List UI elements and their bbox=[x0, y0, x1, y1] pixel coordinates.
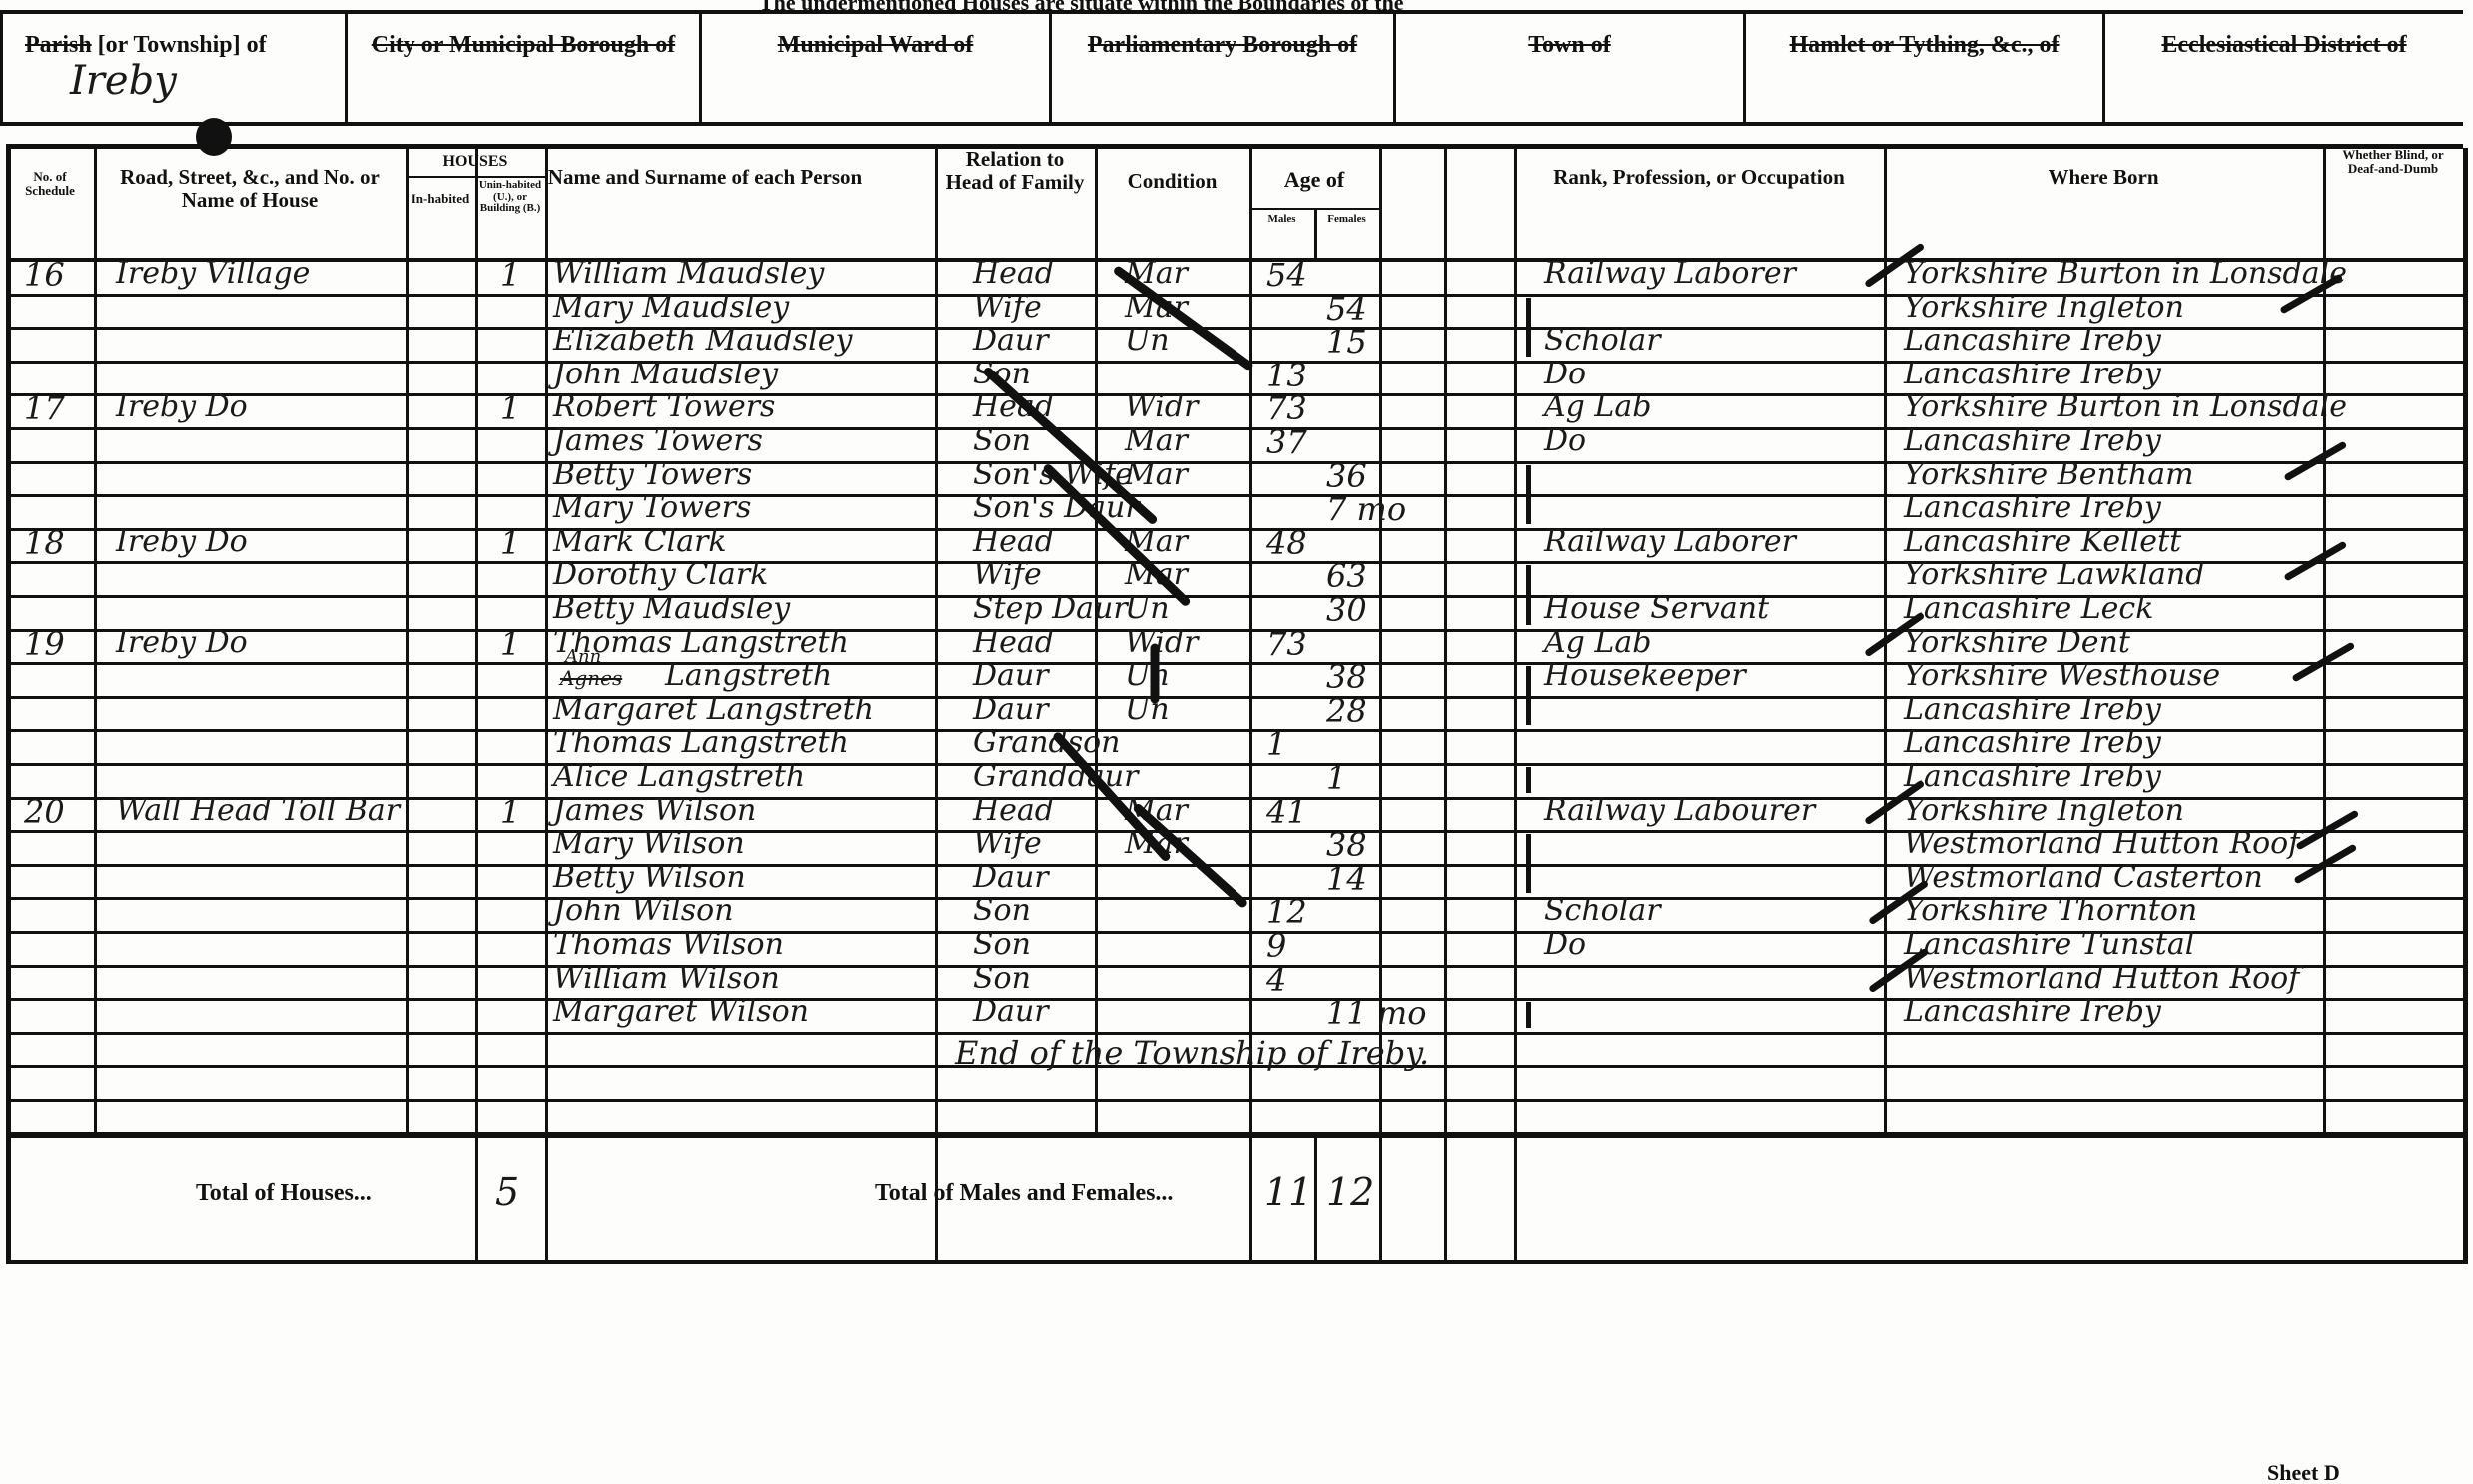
division-5: Town of bbox=[1393, 14, 1743, 122]
census-row: Mary WilsonWifeMar38Westmorland Hutton R… bbox=[6, 828, 2463, 862]
person-name: Betty Wilson bbox=[553, 860, 746, 895]
person-name: Mary Wilson bbox=[553, 826, 745, 861]
totals-rule bbox=[545, 1132, 548, 1264]
division-7: Ecclesiastical District of bbox=[2102, 14, 2463, 122]
birthplace: Lancashire Leck bbox=[1904, 591, 2153, 626]
occupation: Ag Lab bbox=[1544, 389, 1651, 424]
birthplace: Lancashire Ireby bbox=[1904, 490, 2161, 525]
birthplace: Westmorland Hutton Roof bbox=[1904, 826, 2299, 861]
occupation-brace bbox=[1526, 666, 1531, 725]
end-of-township-note: End of the Township of Ireby. bbox=[955, 1034, 1429, 1072]
birthplace: Lancashire Ireby bbox=[1904, 725, 2161, 760]
census-row: Thomas WilsonSon9DoLancashire Tunstal bbox=[6, 929, 2463, 963]
person-name: John Wilson bbox=[553, 893, 734, 928]
birthplace: Lancashire Ireby bbox=[1904, 994, 2161, 1029]
census-row: William WilsonSon4Westmorland Hutton Roo… bbox=[6, 963, 2463, 997]
census-sheet: The undermentioned Houses are situate wi… bbox=[0, 0, 2473, 1484]
schedule-number: 20 bbox=[24, 793, 65, 831]
totals-rule bbox=[1379, 1132, 1382, 1264]
totals-rule bbox=[1444, 1132, 1447, 1264]
birthplace: Yorkshire Dent bbox=[1904, 625, 2130, 660]
age-female: 36 bbox=[1326, 457, 1367, 495]
census-row: Thomas LangstrethGrandson1Lancashire Ire… bbox=[6, 727, 2463, 761]
relation-to-head: Daur bbox=[973, 323, 1049, 358]
birthplace: Lancashire Ireby bbox=[1904, 692, 2161, 727]
marital-condition: Un bbox=[1125, 692, 1170, 727]
schedule-number: 19 bbox=[24, 625, 65, 663]
person-name: Dorothy Clark bbox=[553, 557, 768, 592]
relation-to-head: Head bbox=[973, 256, 1054, 291]
struck-word: Parish bbox=[25, 32, 92, 58]
column-header-blind: Whether Blind, or Deaf-and-Dumb bbox=[2329, 148, 2457, 175]
census-row: 17Ireby Do1Robert TowersHeadWidr73Ag Lab… bbox=[6, 391, 2463, 425]
age-male: 13 bbox=[1266, 357, 1307, 394]
person-name: Thomas Langstreth bbox=[553, 725, 849, 760]
birthplace: Yorkshire Lawkland bbox=[1904, 557, 2204, 592]
census-row: AgnesAnnLangstrethDaurUn38HousekeeperYor… bbox=[6, 660, 2463, 694]
marital-condition: Widr bbox=[1125, 389, 1198, 424]
occupation: Railway Labourer bbox=[1544, 793, 1815, 828]
age-female: 63 bbox=[1326, 557, 1367, 595]
birthplace: Lancashire Ireby bbox=[1904, 323, 2161, 358]
schedule-number: 16 bbox=[24, 256, 65, 294]
column-header-schedule: No. of Schedule bbox=[12, 170, 88, 197]
occupation: Railway Laborer bbox=[1544, 256, 1796, 291]
person-name: James Towers bbox=[553, 423, 763, 458]
census-row: Dorothy ClarkWifeMar63Yorkshire Lawkland bbox=[6, 559, 2463, 593]
birthplace: Yorkshire Ingleton bbox=[1904, 290, 2184, 325]
person-name: Elizabeth Maudsley bbox=[553, 323, 852, 358]
parish-value: Ireby bbox=[70, 58, 177, 104]
person-name: Thomas Wilson bbox=[553, 927, 784, 962]
age-female: 7 mo bbox=[1326, 490, 1406, 528]
column-header-houses: HOUSES bbox=[406, 154, 545, 171]
census-row: Mary MaudsleyWifeMar54Yorkshire Ingleton bbox=[6, 292, 2463, 326]
occupation: House Servant bbox=[1544, 591, 1769, 626]
age-female: 14 bbox=[1326, 860, 1367, 898]
birthplace: Westmorland Hutton Roof bbox=[1904, 961, 2299, 996]
birthplace: Yorkshire Bentham bbox=[1904, 457, 2194, 492]
column-header-born: Where Born bbox=[1890, 166, 2317, 189]
relation-to-head: Son bbox=[973, 423, 1031, 458]
schedule-number: 17 bbox=[24, 389, 65, 427]
census-table: No. of ScheduleRoad, Street, &c., and No… bbox=[6, 148, 2463, 1402]
census-row: John MaudsleySon13DoLancashire Ireby bbox=[6, 359, 2463, 392]
division-header: Parish [or Township] ofCity or Municipal… bbox=[0, 10, 2463, 126]
totals-rule bbox=[1514, 1132, 1517, 1264]
relation-to-head: Son bbox=[973, 961, 1031, 996]
birthplace: Yorkshire Thornton bbox=[1904, 893, 2197, 928]
age-female: 38 bbox=[1326, 658, 1367, 696]
name-correction: Ann bbox=[565, 646, 601, 667]
census-row: 20Wall Head Toll Bar1James WilsonHeadMar… bbox=[6, 795, 2463, 829]
totals-rule bbox=[475, 1132, 478, 1264]
relation-to-head: Grandson bbox=[973, 725, 1121, 760]
column-header-males: Males bbox=[1249, 214, 1314, 226]
marital-condition: Un bbox=[1125, 323, 1170, 358]
age-female: 38 bbox=[1326, 826, 1367, 864]
person-name: John Maudsley bbox=[553, 357, 778, 391]
relation-to-head: Wife bbox=[973, 826, 1042, 861]
column-rule bbox=[2463, 148, 2468, 1264]
occupation-brace bbox=[1526, 298, 1531, 357]
census-row: Mary TowersSon's Daur7 moLancashire Ireb… bbox=[6, 492, 2463, 526]
age-male: 12 bbox=[1266, 893, 1307, 931]
age-female: 30 bbox=[1326, 591, 1367, 629]
person-name: James Wilson bbox=[553, 793, 756, 828]
house-address: Ireby Village bbox=[116, 256, 310, 291]
inhabited-count: 1 bbox=[500, 793, 520, 831]
birthplace: Lancashire Kellett bbox=[1904, 524, 2181, 559]
age-male: 9 bbox=[1266, 927, 1286, 965]
schedule-number: 18 bbox=[24, 524, 65, 562]
age-male: 4 bbox=[1266, 961, 1286, 999]
person-name: Margaret Wilson bbox=[553, 994, 809, 1029]
person-surname: Langstreth bbox=[665, 658, 832, 693]
column-header-relation: Relation to Head of Family bbox=[941, 148, 1089, 194]
relation-to-head: Son bbox=[973, 893, 1031, 928]
birthplace: Lancashire Ireby bbox=[1904, 759, 2161, 794]
column-header-occupation: Rank, Profession, or Occupation bbox=[1520, 166, 1878, 189]
census-row: 19Ireby Do1Thomas LangstrethHeadWidr73Ag… bbox=[6, 627, 2463, 661]
marital-condition: Mar bbox=[1125, 423, 1188, 458]
age-male: 54 bbox=[1266, 256, 1307, 294]
birthplace: Yorkshire Westhouse bbox=[1904, 658, 2220, 693]
person-name: Alice Langstreth bbox=[553, 759, 805, 794]
age-male: 1 bbox=[1266, 725, 1286, 763]
totals-rule bbox=[1249, 1132, 1252, 1264]
person-name: Betty Maudsley bbox=[553, 591, 790, 626]
age-male: 73 bbox=[1266, 625, 1307, 663]
relation-to-head: Daur bbox=[973, 860, 1049, 895]
table-top-rule bbox=[6, 144, 2463, 149]
marital-condition: Un bbox=[1125, 591, 1170, 626]
struck-name: Agnes bbox=[560, 666, 622, 690]
inhabited-count: 1 bbox=[500, 256, 520, 294]
relation-to-head: Head bbox=[973, 625, 1054, 660]
person-name: Mark Clark bbox=[553, 524, 727, 559]
birthplace: Westmorland Casterton bbox=[1904, 860, 2263, 895]
bottom-rule bbox=[6, 1260, 2463, 1264]
census-row: Margaret LangstrethDaurUn28Lancashire Ir… bbox=[6, 694, 2463, 728]
age-female: 28 bbox=[1326, 692, 1367, 730]
relation-to-head: Head bbox=[973, 793, 1054, 828]
occupation: Do bbox=[1544, 927, 1586, 962]
occupation: Ag Lab bbox=[1544, 625, 1651, 660]
marital-condition: Mar bbox=[1125, 457, 1188, 492]
occupation: Railway Laborer bbox=[1544, 524, 1796, 559]
total-females-value: 12 bbox=[1326, 1170, 1374, 1214]
person-name: Mary Towers bbox=[553, 490, 751, 525]
relation-to-head: Wife bbox=[973, 290, 1042, 325]
division-3: Municipal Ward of bbox=[699, 14, 1049, 122]
person-name: Robert Towers bbox=[553, 389, 775, 424]
relation-to-head: Daur bbox=[973, 692, 1049, 727]
age-female: 54 bbox=[1326, 290, 1367, 328]
relation-to-head: Step Daur bbox=[973, 591, 1128, 626]
division-6: Hamlet or Tything, &c., of bbox=[1743, 14, 2102, 122]
occupation: Do bbox=[1544, 423, 1586, 458]
birthplace: Lancashire Ireby bbox=[1904, 423, 2161, 458]
census-row: 16Ireby Village1William MaudsleyHeadMar5… bbox=[6, 258, 2463, 292]
birthplace: Yorkshire Burton in Lonsdale bbox=[1904, 389, 2347, 424]
division-4: Parliamentary Borough of bbox=[1049, 14, 1393, 122]
age-male: 37 bbox=[1266, 423, 1307, 461]
relation-to-head: Head bbox=[973, 524, 1054, 559]
birthplace: Lancashire Ireby bbox=[1904, 357, 2161, 391]
total-persons-label: Total of Males and Females... bbox=[875, 1180, 1173, 1207]
column-header-name: Name and Surname of each Person bbox=[481, 166, 929, 189]
age-male: 73 bbox=[1266, 389, 1307, 427]
occupation-brace bbox=[1526, 834, 1531, 893]
total-houses-value: 5 bbox=[495, 1170, 519, 1214]
inhabited-count: 1 bbox=[500, 524, 520, 562]
census-row: 18Ireby Do1Mark ClarkHeadMar48Railway La… bbox=[6, 526, 2463, 560]
age-male: 48 bbox=[1266, 524, 1307, 562]
birthplace: Yorkshire Burton in Lonsdale bbox=[1904, 256, 2347, 291]
house-address: Ireby Do bbox=[116, 389, 248, 424]
marital-condition: Un bbox=[1125, 658, 1170, 693]
occupation-brace bbox=[1526, 767, 1531, 793]
sheet-reference: Sheet D bbox=[2267, 1460, 2340, 1484]
census-row: Alice LangstrethGranddaur1Lancashire Ire… bbox=[6, 761, 2463, 795]
relation-to-head: Son's Daur bbox=[973, 490, 1140, 525]
inhabited-count: 1 bbox=[500, 389, 520, 427]
relation-to-head: Daur bbox=[973, 994, 1049, 1029]
column-header-road: Road, Street, &c., and No. or Name of Ho… bbox=[100, 166, 400, 212]
column-header-inhabited: In-habited bbox=[408, 192, 473, 206]
relation-to-head: Granddaur bbox=[973, 759, 1138, 794]
occupation: Housekeeper bbox=[1544, 658, 1746, 693]
person-name: Margaret Langstreth bbox=[553, 692, 874, 727]
row-rule bbox=[6, 1132, 2463, 1138]
occupation: Do bbox=[1544, 357, 1586, 391]
house-address: Wall Head Toll Bar bbox=[116, 793, 400, 828]
age-female: 15 bbox=[1326, 323, 1367, 361]
census-row: Betty TowersSon's WifeMar36Yorkshire Ben… bbox=[6, 459, 2463, 493]
age-male: 41 bbox=[1266, 793, 1307, 831]
relation-to-head: Daur bbox=[973, 658, 1049, 693]
row-rule bbox=[6, 1099, 2463, 1102]
column-header-condition: Condition bbox=[1101, 170, 1243, 193]
total-houses-label: Total of Houses... bbox=[196, 1180, 372, 1207]
census-row: Betty MaudsleyStep DaurUn30House Servant… bbox=[6, 593, 2463, 627]
house-address: Ireby Do bbox=[116, 524, 248, 559]
birthplace: Lancashire Tunstal bbox=[1904, 927, 2194, 962]
age-female: 1 bbox=[1326, 759, 1346, 797]
column-header-females: Females bbox=[1314, 214, 1379, 226]
relation-to-head: Son bbox=[973, 927, 1031, 962]
occupation: Scholar bbox=[1544, 893, 1661, 928]
birthplace: Yorkshire Ingleton bbox=[1904, 793, 2184, 828]
person-name: William Wilson bbox=[553, 961, 780, 996]
age-female: 11 mo bbox=[1326, 994, 1427, 1032]
total-males-value: 11 bbox=[1264, 1170, 1312, 1214]
marital-condition: Widr bbox=[1125, 625, 1198, 660]
person-name: Mary Maudsley bbox=[553, 290, 789, 325]
census-row: James TowersSonMar37DoLancashire Ireby bbox=[6, 425, 2463, 459]
occupation-brace bbox=[1526, 1002, 1531, 1028]
tally-stroke bbox=[1151, 643, 1160, 703]
house-address: Ireby Do bbox=[116, 625, 248, 660]
occupation-brace bbox=[1526, 565, 1531, 624]
division-2: City or Municipal Borough of bbox=[345, 14, 699, 122]
occupation: Scholar bbox=[1544, 323, 1661, 358]
census-row: Margaret WilsonDaur11 moLancashire Ireby bbox=[6, 996, 2463, 1030]
relation-to-head: Wife bbox=[973, 557, 1042, 592]
inhabited-count: 1 bbox=[500, 625, 520, 663]
column-header-age: Age of bbox=[1249, 168, 1379, 192]
occupation-brace bbox=[1526, 465, 1531, 524]
totals-rule bbox=[1314, 1132, 1317, 1264]
person-name: Betty Towers bbox=[553, 457, 752, 492]
person-name: William Maudsley bbox=[553, 256, 824, 291]
column-header-uninhabited: Unin-habited (U.), or Building (B.) bbox=[477, 180, 543, 215]
